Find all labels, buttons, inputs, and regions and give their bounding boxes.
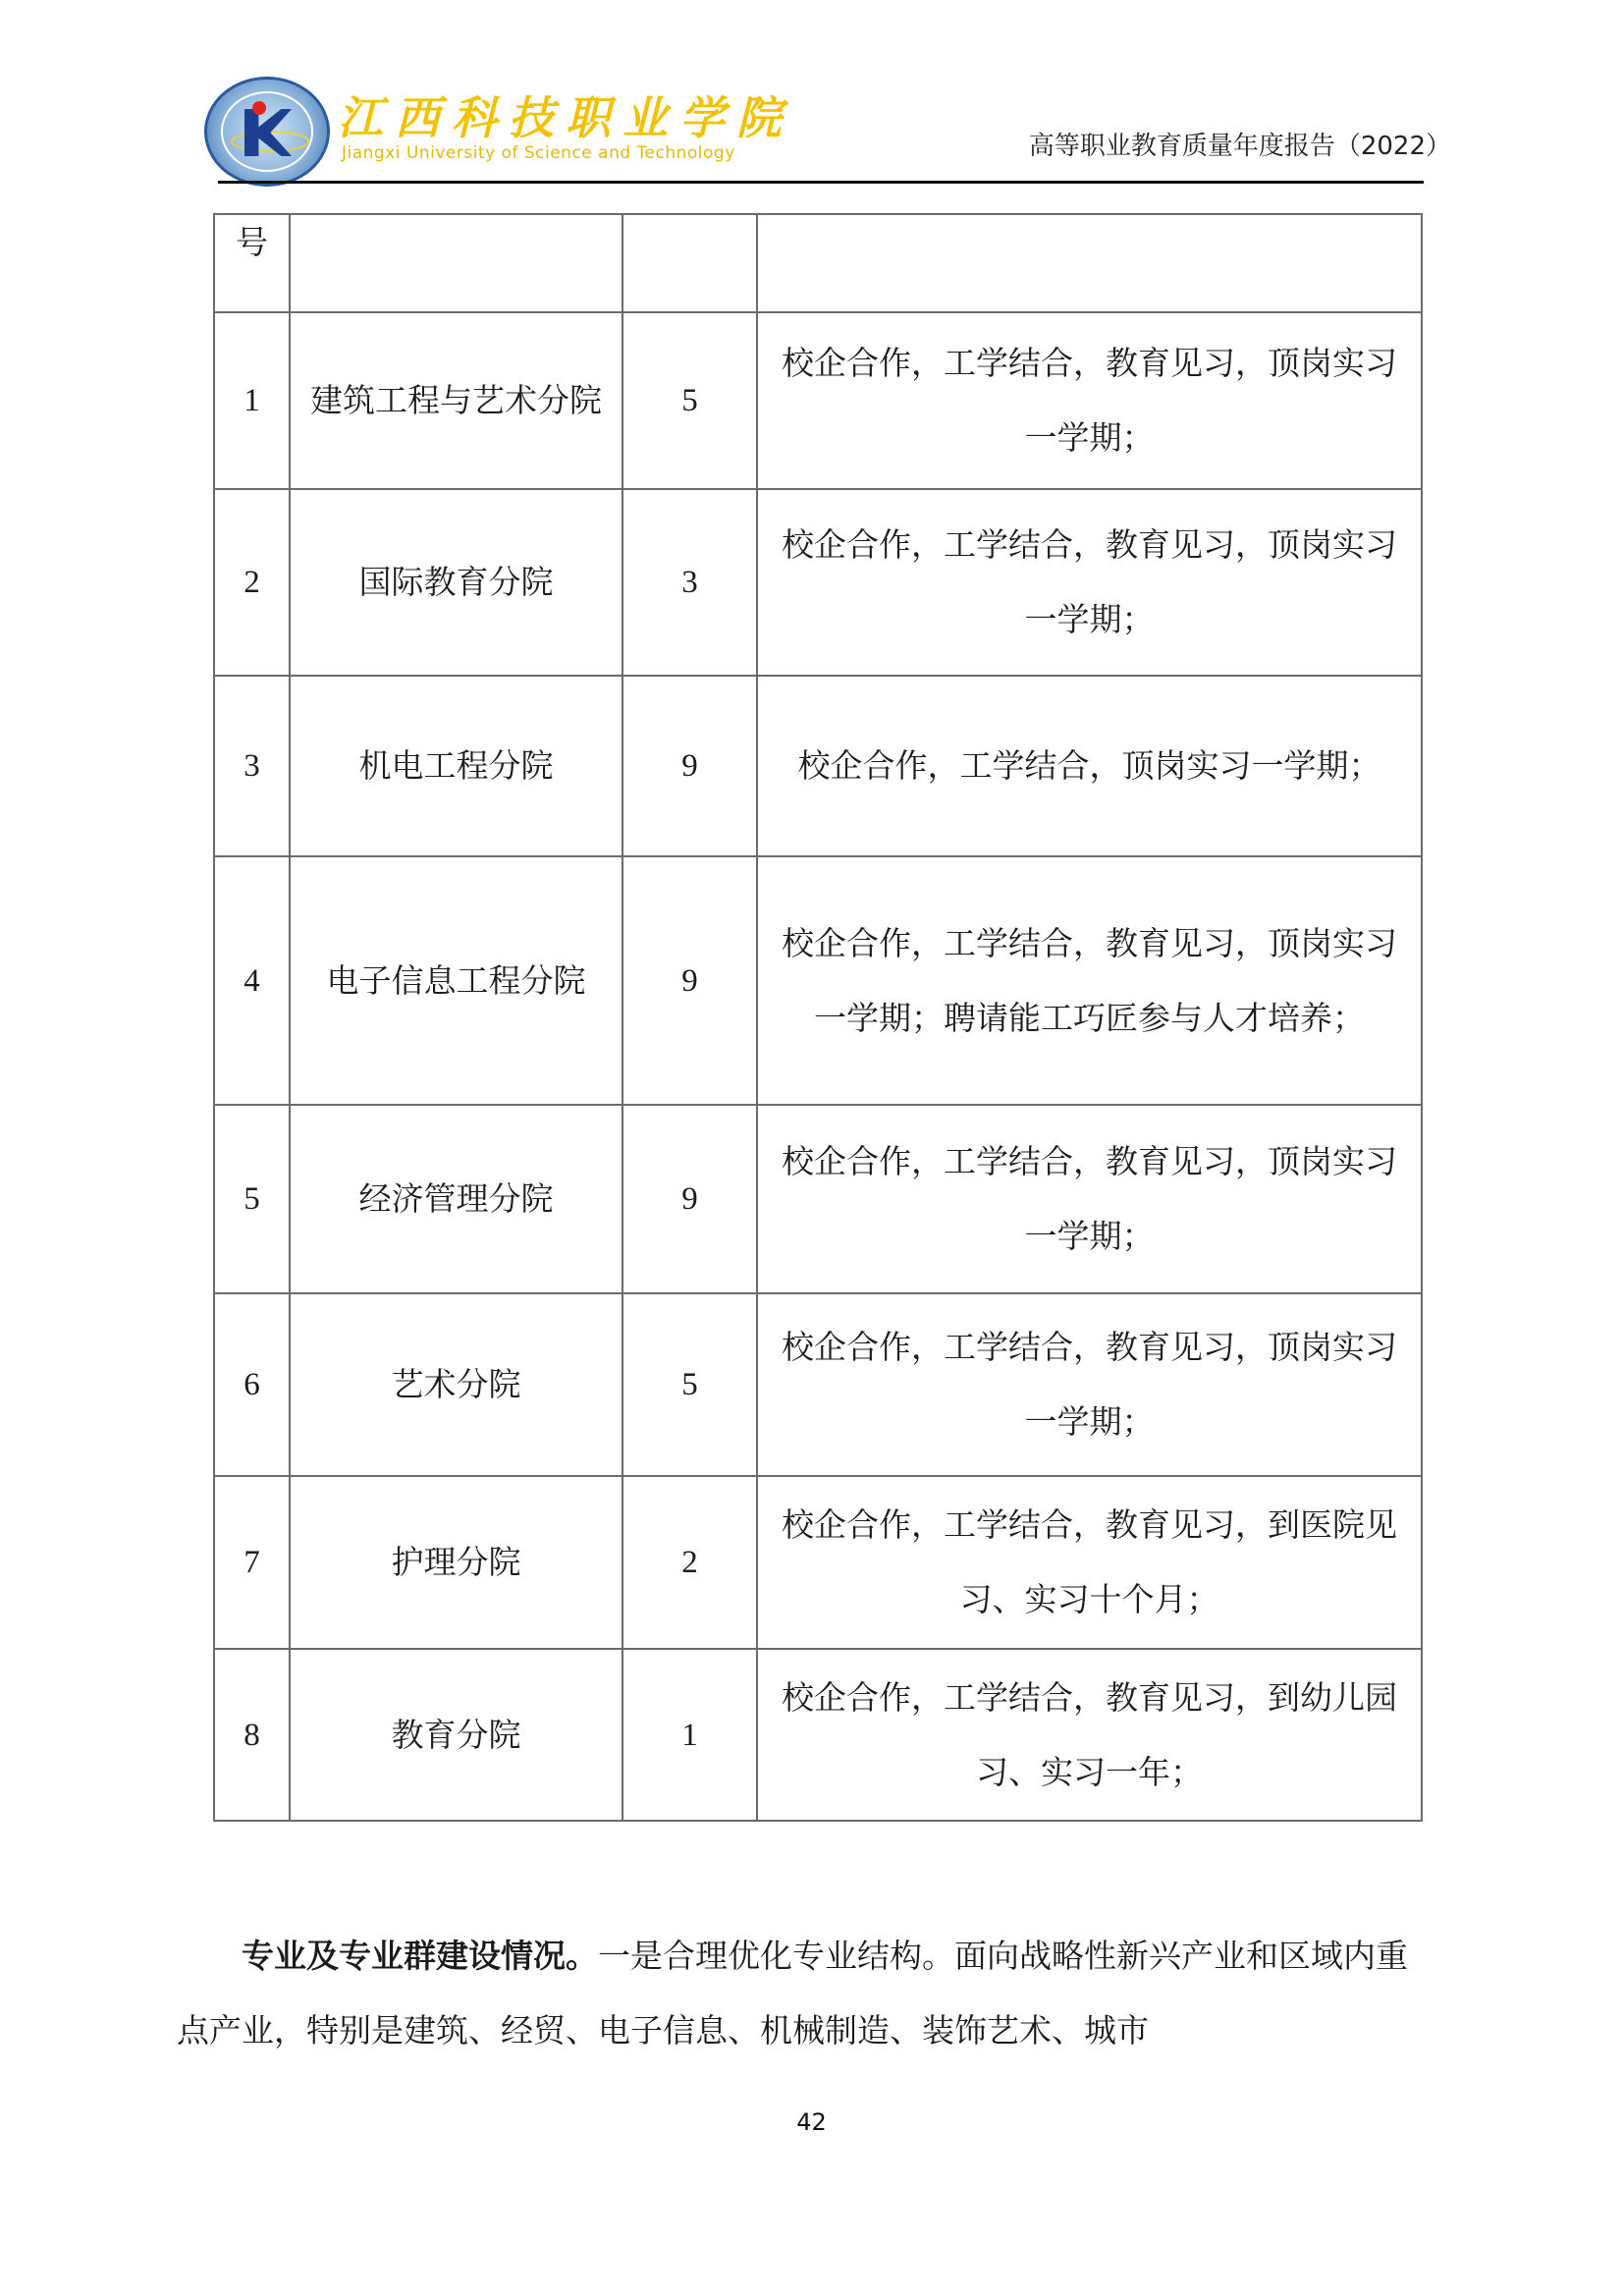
department-name: 护理分院: [290, 1476, 622, 1649]
table-row: 1 建筑工程与艺术分院 5 校企合作，工学结合，教育见习，顶岗实习一学期；: [214, 312, 1422, 489]
table-row: 8 教育分院 1 校企合作，工学结合，教育见习，到幼儿园习、实习一年；: [214, 1649, 1422, 1821]
body-paragraph: 专业及专业群建设情况。一是合理优化专业结构。面向战略性新兴产业和区域内重点产业，…: [177, 1919, 1434, 2068]
table-row: 6 艺术分院 5 校企合作，工学结合，教育见习，顶岗实习一学期；: [214, 1293, 1422, 1476]
row-index: 5: [214, 1105, 290, 1293]
training-mode: 校企合作，工学结合，教育见习，顶岗实习一学期；: [757, 1105, 1422, 1293]
department-name: 国际教育分院: [290, 489, 622, 676]
university-emblem-icon: [204, 77, 330, 187]
training-mode: 校企合作，工学结合，教育见习，顶岗实习一学期；: [757, 312, 1422, 489]
university-name-cn: 江西科技职业学院: [338, 82, 793, 147]
row-index: 3: [214, 676, 290, 856]
department-table: 号 1 建筑工程与艺术分院 5 校企合作，工学结合，教育见习，顶岗实习一学期； …: [213, 213, 1423, 1822]
training-mode: 校企合作，工学结合，教育见习，顶岗实习一学期；聘请能工巧匠参与人才培养；: [757, 856, 1422, 1105]
row-index: 6: [214, 1293, 290, 1476]
row-index: 4: [214, 856, 290, 1105]
row-index: 8: [214, 1649, 290, 1821]
department-name: 教育分院: [290, 1649, 622, 1821]
department-name: 艺术分院: [290, 1293, 622, 1476]
row-index: 2: [214, 489, 290, 676]
training-mode: 校企合作，工学结合，教育见习，到幼儿园习、实习一年；: [757, 1649, 1422, 1821]
major-count: 3: [622, 489, 757, 676]
header-fragment-cell: 号: [214, 214, 290, 312]
department-name: 电子信息工程分院: [290, 856, 622, 1105]
major-count: 9: [622, 676, 757, 856]
row-index: 7: [214, 1476, 290, 1649]
table-row: 7 护理分院 2 校企合作，工学结合，教育见习，到医院见习、实习十个月；: [214, 1476, 1422, 1649]
table-row: 4 电子信息工程分院 9 校企合作，工学结合，教育见习，顶岗实习一学期；聘请能工…: [214, 856, 1422, 1105]
major-count: 9: [622, 856, 757, 1105]
major-count: 5: [622, 312, 757, 489]
major-count: 9: [622, 1105, 757, 1293]
row-index: 1: [214, 312, 290, 489]
training-mode: 校企合作，工学结合，教育见习，顶岗实习一学期；: [757, 489, 1422, 676]
header-divider: [218, 181, 1424, 184]
emblem-red-dot: [252, 101, 266, 115]
major-count: 1: [622, 1649, 757, 1821]
major-count: 2: [622, 1476, 757, 1649]
table-row: 2 国际教育分院 3 校企合作，工学结合，教育见习，顶岗实习一学期；: [214, 489, 1422, 676]
training-mode: 校企合作，工学结合，教育见习，顶岗实习一学期；: [757, 1293, 1422, 1476]
training-mode: 校企合作，工学结合，顶岗实习一学期；: [757, 676, 1422, 856]
department-name: 机电工程分院: [290, 676, 622, 856]
page-number: 42: [0, 2108, 1623, 2136]
table-row: 3 机电工程分院 9 校企合作，工学结合，顶岗实习一学期；: [214, 676, 1422, 856]
department-name: 经济管理分院: [290, 1105, 622, 1293]
paragraph-lead: 专业及专业群建设情况。: [242, 1937, 598, 1975]
training-mode: 校企合作，工学结合，教育见习，到医院见习、实习十个月；: [757, 1476, 1422, 1649]
major-count: 5: [622, 1293, 757, 1476]
page-header: 江西科技职业学院 Jiangxi University of Science a…: [0, 0, 1623, 196]
university-name-en: Jiangxi University of Science and Techno…: [342, 143, 735, 163]
table-row: 5 经济管理分院 9 校企合作，工学结合，教育见习，顶岗实习一学期；: [214, 1105, 1422, 1293]
report-title: 高等职业教育质量年度报告（2022）: [1029, 126, 1451, 162]
table-header-continuation: 号: [214, 214, 1422, 312]
department-name: 建筑工程与艺术分院: [290, 312, 622, 489]
